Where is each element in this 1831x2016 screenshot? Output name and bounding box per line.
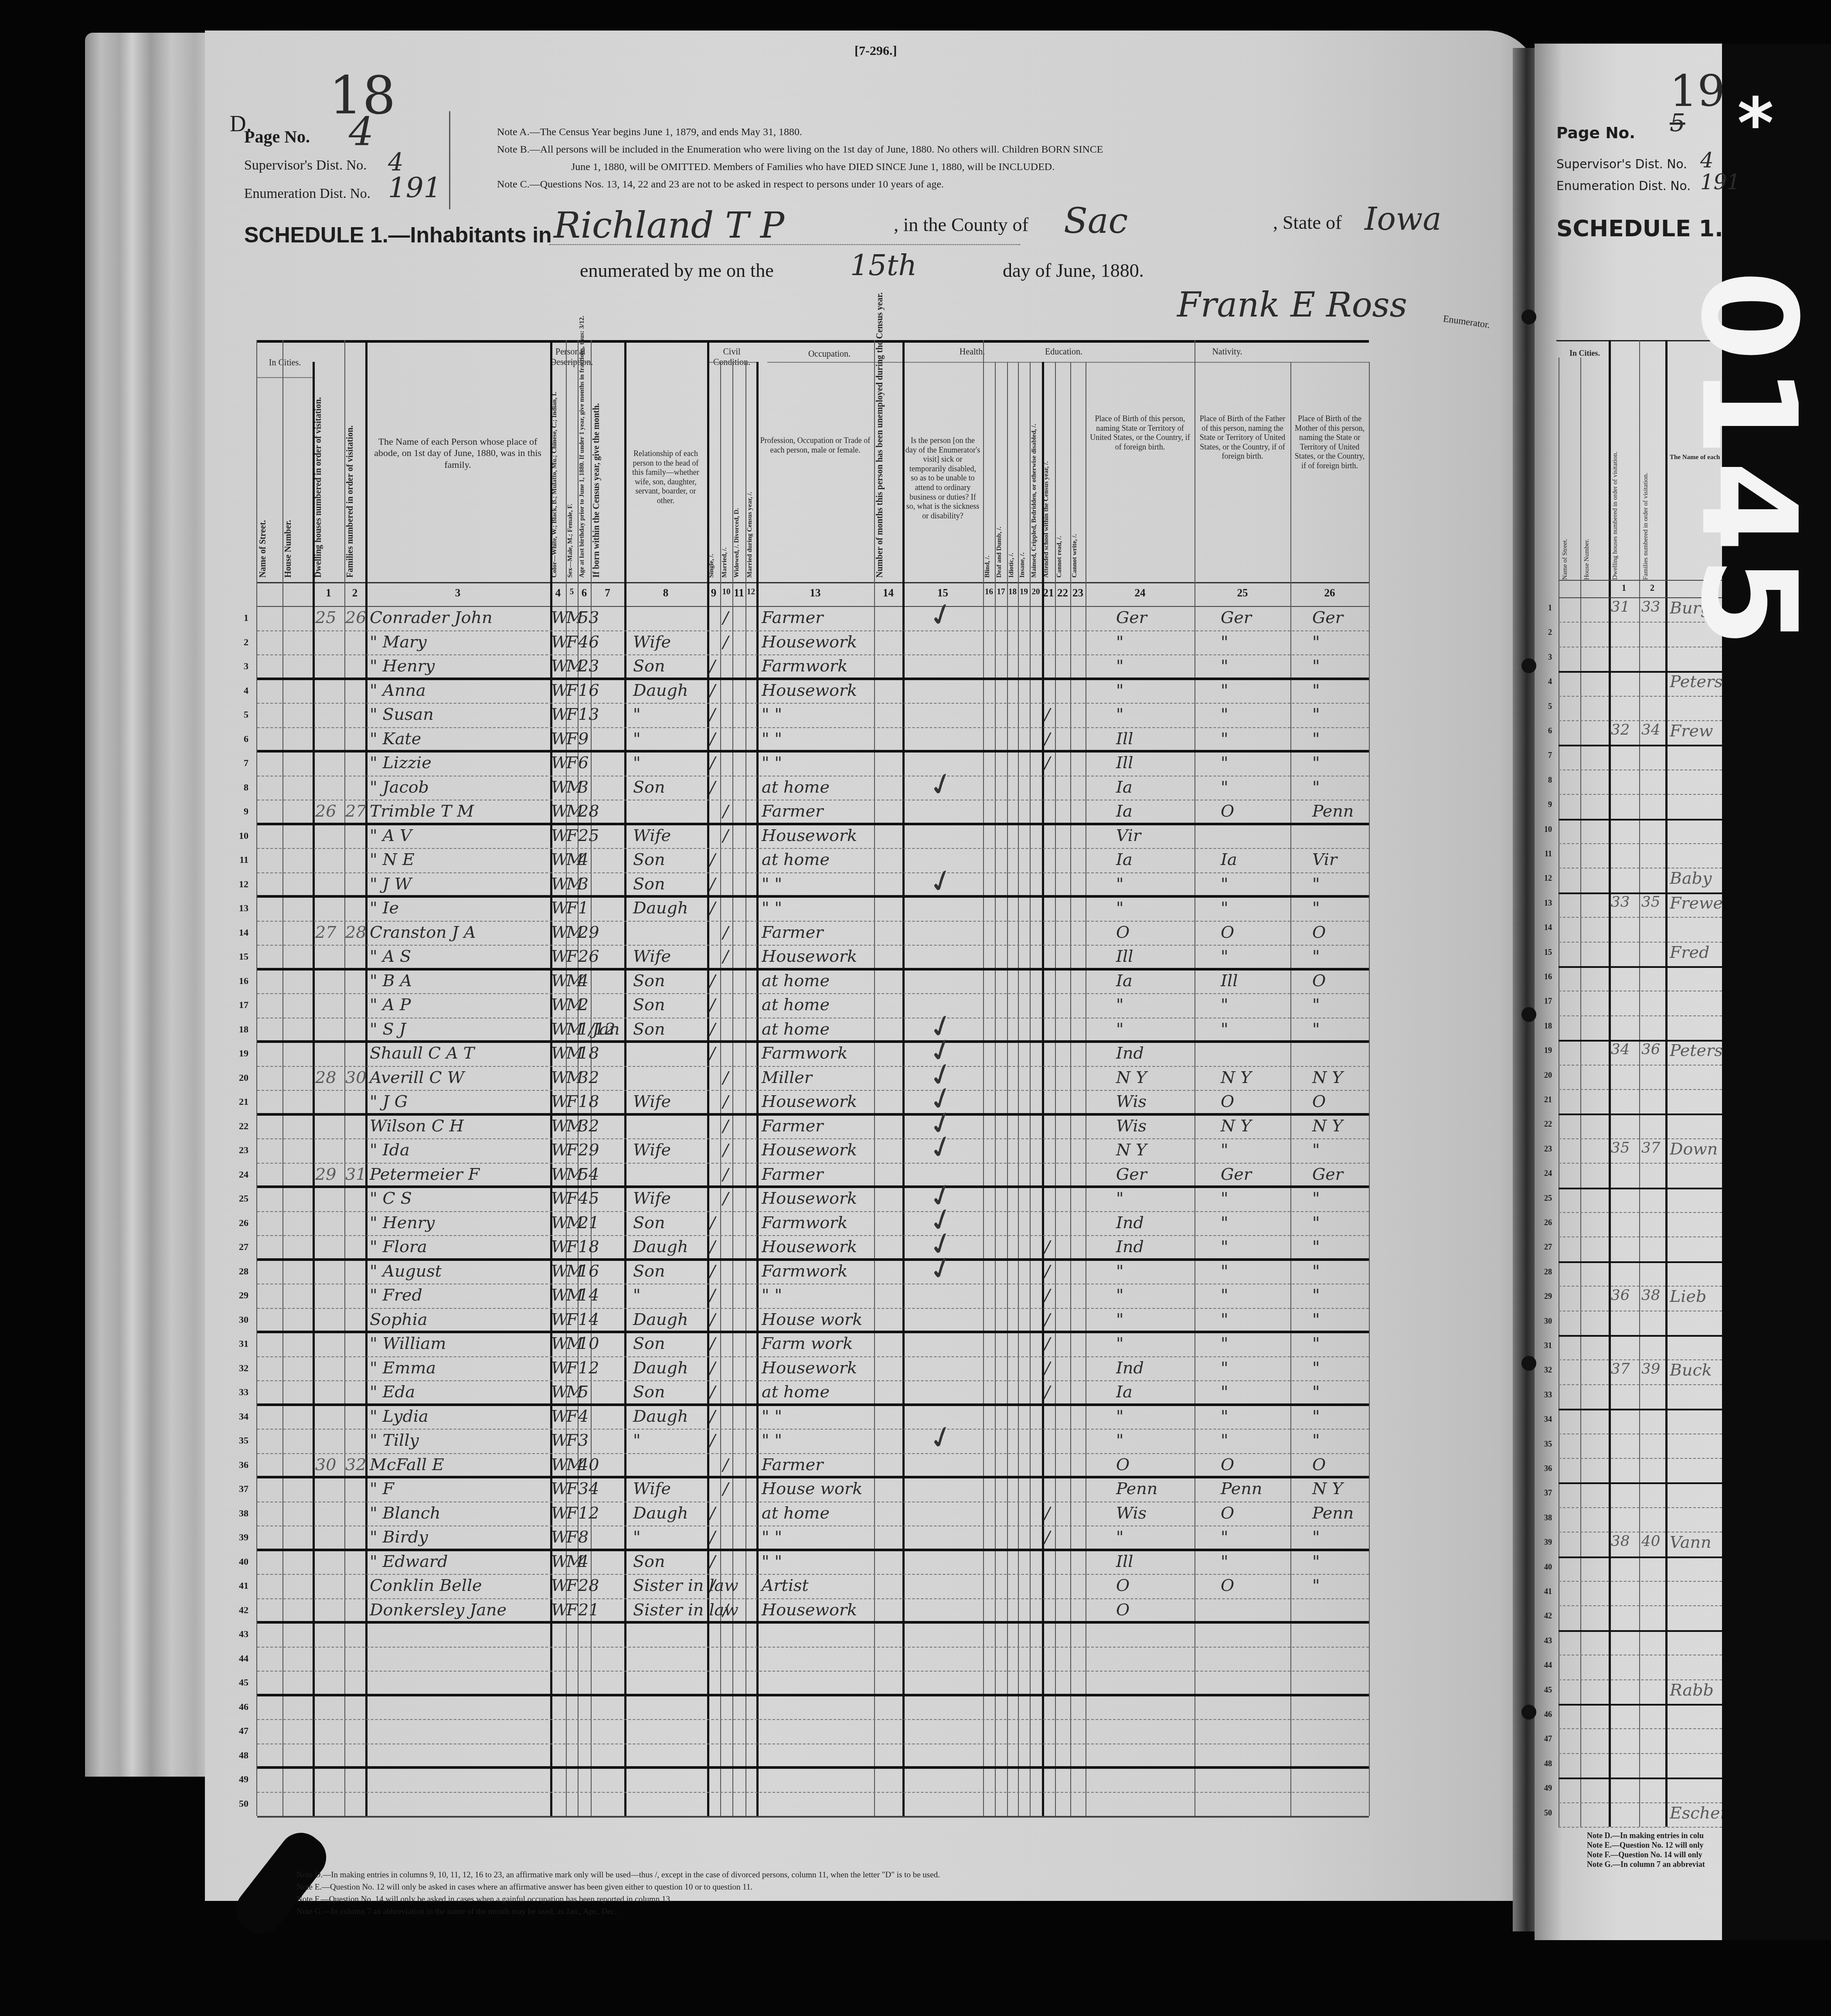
mother-birthplace: " <box>1312 1552 1320 1571</box>
right-row-rule <box>1559 1311 1722 1311</box>
relationship: " <box>633 1430 640 1450</box>
col-header-c23: Cannot write, /. <box>1072 384 1084 578</box>
civil-mark: / <box>710 1527 715 1546</box>
header-group-health: Health. <box>902 347 1042 357</box>
occupation: Housework <box>762 632 857 651</box>
row-number: 20 <box>231 1072 248 1083</box>
right-row-rule <box>1559 819 1722 821</box>
relationship: Daugh <box>633 1406 688 1426</box>
age-value: 14 <box>578 1285 599 1304</box>
occupation: Farmer <box>762 801 823 821</box>
note-d: Note D.—In making entries in columns 9, … <box>296 1870 1386 1880</box>
row-number: 46 <box>231 1701 248 1713</box>
place-underline <box>549 244 1020 245</box>
age-value: 21 <box>578 1600 599 1619</box>
age-value: 26 <box>578 947 599 966</box>
column-divider <box>282 340 283 1816</box>
right-col-header: Dwelling houses numbered in order of vis… <box>1612 392 1637 580</box>
relationship: Son <box>633 850 665 869</box>
col-header-c10: Married, /. <box>722 384 731 578</box>
row-number: 16 <box>231 975 248 987</box>
right-note-f: Note F.—Question No. 14 will only <box>1587 1850 1722 1859</box>
col-header-c21: Attended school within the Census year, … <box>1043 384 1054 578</box>
sex-code: F <box>566 947 578 966</box>
right-row-number: 35 <box>1535 1440 1552 1449</box>
row-rule <box>257 1308 1369 1309</box>
right-supervisor-label: Supervisor's Dist. No. <box>1556 157 1687 171</box>
color-code: W <box>551 1019 568 1039</box>
right-family-number: 33 <box>1641 598 1660 616</box>
occupation: Housework <box>762 947 857 966</box>
person-name: " Flora <box>370 1237 427 1256</box>
relationship: Daugh <box>633 681 688 700</box>
sex-code: F <box>566 1092 578 1111</box>
column-number: 24 <box>1086 587 1195 599</box>
sex-code: F <box>566 632 578 651</box>
age-value: 29 <box>578 923 599 942</box>
civil-mark: / <box>723 608 728 627</box>
note-c: Note C.—Questions Nos. 13, 14, 22 and 23… <box>497 179 1456 191</box>
color-code: W <box>551 1527 568 1546</box>
color-code: W <box>551 656 568 675</box>
birthplace: Ind <box>1116 1043 1144 1062</box>
person-name: " J W <box>370 874 412 893</box>
right-row-number: 46 <box>1535 1710 1552 1719</box>
mother-birthplace: " <box>1312 1382 1320 1401</box>
right-column-divider <box>1559 358 1559 1827</box>
birthplace: " <box>1116 1334 1123 1353</box>
person-name: " Edward <box>370 1552 448 1571</box>
right-col-header: Name of Street. <box>1562 436 1578 580</box>
row-rule <box>257 1429 1369 1430</box>
right-family-number: 37 <box>1641 1139 1660 1157</box>
person-name: " Lizzie <box>370 753 432 772</box>
row-rule <box>257 1766 1369 1769</box>
relationship: Wife <box>633 1479 671 1498</box>
row-rule <box>257 1574 1369 1575</box>
right-person-name: Fred <box>1670 943 1722 962</box>
sex-code: F <box>566 1527 578 1546</box>
person-name: " B A <box>370 971 412 990</box>
occupation: " " <box>762 1285 782 1304</box>
right-column-divider <box>1665 340 1668 1827</box>
color-code: W <box>551 608 568 627</box>
father-birthplace: " <box>1221 1430 1228 1450</box>
relationship: Son <box>633 1261 665 1280</box>
right-row-rule <box>1559 1384 1722 1385</box>
row-rule <box>257 993 1369 994</box>
age-value: 18 <box>578 1043 599 1062</box>
right-row-number: 15 <box>1535 948 1552 957</box>
right-row-number: 37 <box>1535 1488 1552 1498</box>
right-row-number: 29 <box>1535 1292 1552 1301</box>
right-person-name: Frewert <box>1670 893 1722 913</box>
col-header-c14: Number of months this person has been un… <box>875 384 901 578</box>
row-number: 13 <box>231 902 248 914</box>
color-code: W <box>551 1165 568 1184</box>
col-header-c26: Place of Birth of the Mother of this per… <box>1293 414 1366 471</box>
birthplace: " <box>1116 995 1123 1014</box>
right-row-rule <box>1559 966 1722 968</box>
school-mark: / <box>1045 1310 1050 1329</box>
occupation: Farmer <box>762 1116 823 1135</box>
birthplace: Ill <box>1116 753 1133 772</box>
mother-birthplace: O <box>1312 971 1326 990</box>
column-number: 16 <box>983 587 995 597</box>
row-number: 18 <box>231 1024 248 1035</box>
occupation: at home <box>762 971 830 990</box>
day-of-june-label: day of June, 1880. <box>1003 259 1144 282</box>
right-row-number: 17 <box>1535 997 1552 1006</box>
person-name: Trimble T M <box>370 801 474 821</box>
dwelling-number: 28 <box>315 1068 336 1087</box>
person-name: " Mary <box>370 632 427 651</box>
birthplace: Penn <box>1116 1479 1157 1498</box>
mother-birthplace: " <box>1312 1576 1320 1595</box>
right-row-number: 6 <box>1535 726 1552 736</box>
age-value: 29 <box>578 1140 599 1159</box>
relationship: Son <box>633 995 665 1014</box>
colnum-bottom-rule <box>257 606 1369 607</box>
birthplace: " <box>1116 1310 1123 1329</box>
right-row-rule <box>1559 1655 1722 1655</box>
dwelling-number: 30 <box>315 1455 336 1474</box>
color-code: W <box>551 1043 568 1062</box>
row-number: 11 <box>231 854 248 865</box>
enumeration-value: 191 <box>388 172 441 204</box>
birthplace: Vir <box>1116 826 1141 845</box>
person-name: Donkersley Jane <box>370 1600 507 1619</box>
civil-mark: / <box>723 632 728 651</box>
occupation: Housework <box>762 1092 857 1111</box>
column-divider <box>1369 362 1370 1816</box>
person-name: " Kate <box>370 729 421 748</box>
mother-birthplace: " <box>1312 1213 1320 1232</box>
birthplace: " <box>1116 1261 1123 1280</box>
column-number: 3 <box>365 587 550 599</box>
right-row-number: 44 <box>1535 1661 1552 1670</box>
right-page-no-label: Page No. <box>1556 124 1635 142</box>
right-row-rule <box>1559 1728 1722 1729</box>
row-number: 8 <box>231 782 248 793</box>
person-name: " S J <box>370 1019 406 1039</box>
row-rule <box>257 1719 1369 1720</box>
column-number: 23 <box>1070 587 1086 599</box>
row-number: 32 <box>231 1362 248 1374</box>
right-row-number: 5 <box>1535 702 1552 711</box>
col-header-c5: Sex—Male, M.; Female, F. <box>567 384 576 578</box>
row-rule <box>257 968 1369 971</box>
right-row-rule <box>1559 1581 1722 1582</box>
person-name: " Ida <box>370 1140 410 1159</box>
mother-birthplace: " <box>1312 729 1320 748</box>
civil-mark: / <box>710 1552 715 1571</box>
occupation: " " <box>762 1406 782 1426</box>
school-mark: / <box>1045 1358 1050 1377</box>
in-cities-rule <box>257 377 313 378</box>
father-birthplace: O <box>1221 1503 1234 1522</box>
row-rule <box>257 945 1369 946</box>
col-header-c16: Blind, /. <box>984 384 994 578</box>
father-birthplace: O <box>1221 1092 1234 1111</box>
person-name: " Eda <box>370 1382 415 1401</box>
row-rule <box>257 1380 1369 1381</box>
col-header-c7: If born within the Census year, give the… <box>592 384 623 578</box>
father-birthplace: N Y <box>1221 1116 1251 1135</box>
age-value: 23 <box>578 656 599 675</box>
row-number: 35 <box>231 1435 248 1446</box>
row-rule <box>257 848 1369 849</box>
mother-birthplace: O <box>1312 923 1326 942</box>
birthplace: N Y <box>1116 1140 1147 1159</box>
color-code: W <box>551 1576 568 1595</box>
father-birthplace: N Y <box>1221 1068 1251 1087</box>
column-number: 14 <box>874 587 902 599</box>
row-rule <box>257 1476 1369 1478</box>
person-name: Shaull C A T <box>370 1043 474 1062</box>
color-code: W <box>551 947 568 966</box>
right-page-no-value: 5 <box>1670 109 1685 137</box>
person-name: " Emma <box>370 1358 436 1377</box>
row-number: 26 <box>231 1217 248 1229</box>
mother-birthplace: " <box>1312 874 1320 893</box>
col-header-c2: Families numbered in order of visitation… <box>346 384 364 578</box>
row-number: 17 <box>231 999 248 1011</box>
row-number: 36 <box>231 1459 248 1471</box>
sex-code: F <box>566 1479 578 1498</box>
row-rule <box>257 1502 1369 1502</box>
form-code: [7-296.] <box>854 44 897 58</box>
col-header-c6: Age at last birthday prior to June 1, 18… <box>579 384 589 578</box>
right-family-number: 40 <box>1641 1532 1660 1550</box>
place-value: Richland T P <box>554 205 784 246</box>
color-code: W <box>551 1213 568 1232</box>
school-mark: / <box>1045 1261 1050 1280</box>
right-row-rule <box>1559 1778 1722 1779</box>
color-code: W <box>551 632 568 651</box>
right-row-rule <box>1559 1212 1722 1213</box>
person-name: Averill C W <box>370 1068 464 1087</box>
school-mark: / <box>1045 1503 1050 1522</box>
row-rule <box>257 1549 1369 1551</box>
col-header-c25: Place of Birth of the Father of this per… <box>1197 414 1288 461</box>
right-row-number: 34 <box>1535 1415 1552 1424</box>
row-number: 45 <box>231 1677 248 1688</box>
right-family-number: 36 <box>1641 1041 1660 1058</box>
row-number: 23 <box>231 1144 248 1156</box>
person-name: " A P <box>370 995 411 1014</box>
civil-mark: / <box>710 1310 715 1329</box>
relationship: " <box>633 1527 640 1546</box>
color-code: W <box>551 1382 568 1401</box>
color-code: W <box>551 874 568 893</box>
relationship: Son <box>633 1334 665 1353</box>
sex-code: F <box>566 826 578 845</box>
right-row-number: 36 <box>1535 1464 1552 1473</box>
color-code: W <box>551 1116 568 1135</box>
father-birthplace: " <box>1221 1140 1228 1159</box>
column-number: 6 <box>578 587 591 599</box>
color-code: W <box>551 1285 568 1304</box>
column-divider <box>874 340 875 1816</box>
dwelling-number: 29 <box>315 1165 336 1184</box>
right-dwelling-number: 35 <box>1611 1139 1630 1157</box>
civil-mark: / <box>723 1600 728 1619</box>
color-code: W <box>551 1552 568 1571</box>
school-mark: / <box>1045 1285 1050 1304</box>
column-number: 7 <box>591 587 624 599</box>
color-code: W <box>551 1479 568 1498</box>
right-row-number: 4 <box>1535 677 1552 686</box>
binding-hole <box>1521 1705 1536 1720</box>
color-code: W <box>551 1237 568 1256</box>
occupation: " " <box>762 729 782 748</box>
relationship: Son <box>633 971 665 990</box>
right-dwelling-number: 36 <box>1611 1287 1630 1304</box>
dwelling-number: 26 <box>315 801 336 821</box>
father-birthplace: Ia <box>1221 850 1237 869</box>
person-name: Conklin Belle <box>370 1576 482 1595</box>
right-row-rule <box>1559 770 1722 770</box>
row-rule <box>257 823 1369 825</box>
right-row-rule <box>1559 1261 1722 1263</box>
relationship: Wife <box>633 826 671 845</box>
right-row-rule <box>1559 1482 1722 1484</box>
row-number: 12 <box>231 879 248 890</box>
column-number: 1 <box>313 587 344 599</box>
right-row-number: 25 <box>1535 1194 1552 1203</box>
relationship: Son <box>633 1213 665 1232</box>
color-code: W <box>551 1430 568 1450</box>
state-value: Iowa <box>1365 201 1441 237</box>
mother-birthplace: N Y <box>1312 1068 1343 1087</box>
mother-birthplace: N Y <box>1312 1116 1343 1135</box>
right-dwelling-number: 34 <box>1611 1041 1630 1058</box>
age-value: 54 <box>578 1165 599 1184</box>
column-number: 25 <box>1195 587 1290 599</box>
row-rule <box>257 895 1369 898</box>
row-number: 34 <box>231 1411 248 1422</box>
right-family-number: 39 <box>1641 1360 1660 1378</box>
birthplace: " <box>1116 1285 1123 1304</box>
occupation: Housework <box>762 681 857 700</box>
civil-mark: / <box>710 1043 715 1062</box>
civil-mark: / <box>723 1188 728 1208</box>
birthplace: Ind <box>1116 1358 1144 1377</box>
age-value: 3 <box>578 1430 589 1450</box>
civil-mark: / <box>710 656 715 675</box>
supervisor-label: Supervisor's Dist. No. <box>244 157 367 173</box>
occupation: " " <box>762 874 782 893</box>
relationship: Wife <box>633 1140 671 1159</box>
county-label: , in the County of <box>894 214 1028 236</box>
civil-mark: / <box>723 1479 728 1498</box>
person-name: McFall E <box>370 1455 444 1474</box>
row-number: 31 <box>231 1338 248 1349</box>
father-birthplace: " <box>1221 874 1228 893</box>
table-left-border <box>256 340 257 1816</box>
right-enumeration-label: Enumeration Dist. No. <box>1556 179 1691 193</box>
civil-mark: / <box>710 1430 715 1450</box>
row-number: 47 <box>231 1725 248 1737</box>
row-number: 5 <box>231 709 248 720</box>
civil-mark: / <box>710 753 715 772</box>
right-row-rule <box>1559 1409 1722 1410</box>
right-row-number: 47 <box>1535 1734 1552 1744</box>
right-row-rule <box>1559 1507 1722 1508</box>
father-birthplace: " <box>1221 1237 1228 1256</box>
age-value: 12 <box>578 1503 599 1522</box>
relationship: Sister in law <box>633 1576 739 1595</box>
right-row-rule <box>1559 1704 1722 1706</box>
occupation: Farmer <box>762 608 823 627</box>
sex-code: F <box>566 705 578 724</box>
age-value: 3 <box>578 777 589 797</box>
column-number: 2 <box>344 587 365 599</box>
header-bottom-rule <box>257 582 1369 583</box>
right-row-number: 48 <box>1535 1759 1552 1768</box>
sex-code: F <box>566 1140 578 1159</box>
col-header-house: House Number. <box>284 432 311 578</box>
color-code: W <box>551 705 568 724</box>
mother-birthplace: " <box>1312 753 1320 772</box>
birthplace: Ia <box>1116 971 1133 990</box>
mother-birthplace: " <box>1312 1019 1320 1039</box>
row-rule <box>257 703 1369 704</box>
family-number: 26 <box>345 608 366 627</box>
col-header-c12: Married during Census year, /. <box>747 384 755 578</box>
row-number: 30 <box>231 1314 248 1325</box>
occupation: Miller <box>762 1068 812 1087</box>
father-birthplace: Ger <box>1221 1165 1252 1184</box>
mother-birthplace: O <box>1312 1455 1326 1474</box>
row-number: 48 <box>231 1750 248 1761</box>
birthplace: Ger <box>1116 1165 1147 1184</box>
col-header-c17: Deaf and Dumb, /. <box>996 384 1006 578</box>
binding-hole <box>1521 658 1536 673</box>
color-code: W <box>551 995 568 1014</box>
birthplace: O <box>1116 1576 1130 1595</box>
right-row-rule <box>1559 1556 1722 1558</box>
occupation: Housework <box>762 1358 857 1377</box>
relationship: " <box>633 1285 640 1304</box>
color-code: W <box>551 1455 568 1474</box>
age-value: 14 <box>578 1310 599 1329</box>
person-name: " F <box>370 1479 394 1498</box>
birthplace: " <box>1116 1527 1123 1546</box>
father-birthplace: " <box>1221 1382 1228 1401</box>
sex-code: F <box>566 1358 578 1377</box>
sex-code: F <box>566 753 578 772</box>
civil-mark: / <box>710 777 715 797</box>
right-row-number: 45 <box>1535 1686 1552 1695</box>
mother-birthplace: Ger <box>1312 1165 1343 1184</box>
col-header-c19: Insane, /. <box>1019 384 1028 578</box>
birthplace: O <box>1116 1455 1130 1474</box>
row-number: 25 <box>231 1193 248 1204</box>
person-name: " Susan <box>370 705 434 724</box>
right-row-number: 23 <box>1535 1144 1552 1154</box>
column-number: 8 <box>624 587 707 599</box>
age-value: 12 <box>578 1358 599 1377</box>
right-row-number: 24 <box>1535 1169 1552 1178</box>
right-row-rule <box>1559 1753 1722 1754</box>
occupation: at home <box>762 995 830 1014</box>
civil-mark: / <box>723 1165 728 1184</box>
row-number: 27 <box>231 1241 248 1253</box>
civil-mark: / <box>710 850 715 869</box>
right-row-rule <box>1559 843 1722 844</box>
